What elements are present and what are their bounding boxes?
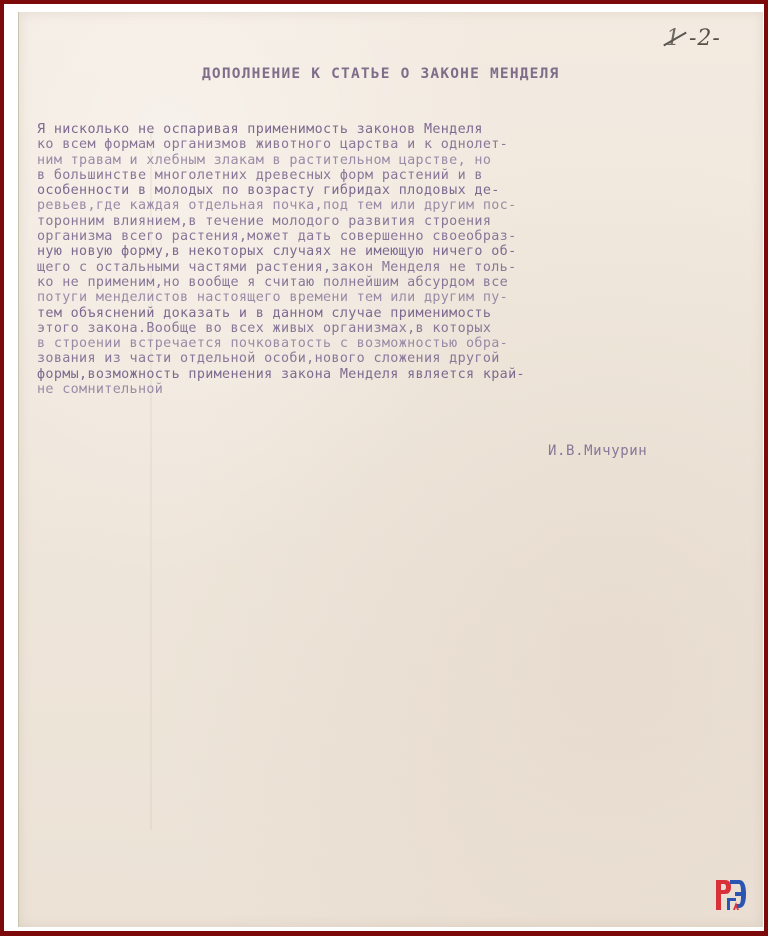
document-body: Я нисколько не оспаривая применимость за… [37,122,757,397]
body-line: ко не применим,но вообще я считаю полней… [37,275,757,290]
archive-logo-icon [714,876,748,912]
body-line: в строении встречается почковатость с во… [37,336,757,351]
rgae-logo-icon [714,876,748,912]
signature: И.В.Мичурин [548,443,647,459]
struck-page-number: 1 [666,26,681,51]
body-line: формы,возможность применения закона Менд… [37,367,757,382]
body-line: ную новую форму,в некоторых случаях не и… [37,244,757,259]
body-line: ревьев,где каждая отдельная почка,под те… [37,198,757,213]
body-line: потуги менделистов настоящего времени те… [37,290,757,305]
body-line: зования из части отдельной особи,нового … [37,351,757,366]
body-line: этого закона.Вообще во всех живых органи… [37,321,757,336]
page-number: 1 -2- [666,26,721,51]
body-line: торонним влиянием,в течение молодого раз… [37,214,757,229]
body-line: ко всем формам организмов животного царс… [37,137,757,152]
body-line: ним травам и хлебным злакам в растительн… [37,153,757,168]
handwritten-page-number: -2- [689,26,721,51]
body-line: организма всего растения,может дать сове… [37,229,757,244]
body-line: не сомнительной [37,382,757,397]
document-title: ДОПОЛНЕНИЕ К СТАТЬЕ О ЗАКОНЕ МЕНДЕЛЯ [202,66,559,82]
body-line: щего с остальными частями растения,закон… [37,260,757,275]
body-line: тем объяснений доказать и в данном случа… [37,306,757,321]
body-line: в большинстве многолетних древесных форм… [37,168,757,183]
body-line: Я нисколько не оспаривая применимость за… [37,122,757,137]
body-line: особенности в молодых по возрасту гибрид… [37,183,757,198]
